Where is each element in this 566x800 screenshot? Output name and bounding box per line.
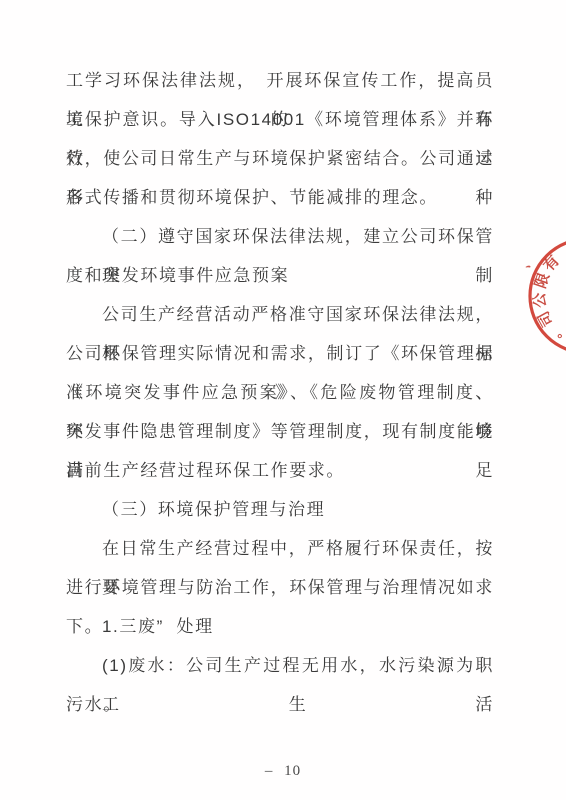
text-line: 在日常生产经营过程中，严格履行环保责任，按要求 bbox=[66, 529, 494, 568]
svg-text:公: 公 bbox=[531, 291, 549, 308]
svg-text:。: 。 bbox=[544, 326, 564, 346]
text-line: 工学习环保法律法规， 开展环保宣传工作，提高员工的环 bbox=[66, 61, 494, 100]
text-line: （三）环境保护管理与治理 bbox=[66, 490, 494, 529]
svg-text:限: 限 bbox=[531, 271, 553, 291]
text-line: 公司环保管理实际情况和需求，制订了《环保管理标准》、 bbox=[66, 334, 494, 373]
text-line: （二）遵守国家环保法律法规，建立公司环保管理制 bbox=[66, 217, 494, 256]
text-line: 突发事件隐患管理制度》等管理制度，现有制度能够满足 bbox=[66, 412, 494, 451]
text-line: 公司生产经营活动严格准守国家环保法律法规，根据 bbox=[66, 295, 494, 334]
text-line: 进行环境管理与防治工作，环保管理与治理情况如下。 bbox=[66, 568, 494, 607]
company-seal-stamp: 有限公司。、 bbox=[504, 233, 566, 365]
text-line: 境保护意识。导入ISO14001《环境管理体系》并有效运 bbox=[66, 100, 494, 139]
body-text: 工学习环保法律法规， 开展环保宣传工作，提高员工的环境保护意识。导入ISO140… bbox=[66, 61, 494, 724]
svg-text:司: 司 bbox=[534, 308, 557, 330]
text-line: (1)废水：公司生产过程无用水，水污染源为职工生活 bbox=[66, 646, 494, 685]
text-line: 1.三废” 处理 bbox=[66, 607, 494, 646]
svg-text:有: 有 bbox=[540, 252, 563, 275]
text-line: 形式传播和贯彻环境保护、节能减排的理念。 bbox=[66, 178, 494, 217]
page-number: – 10 bbox=[0, 763, 566, 780]
text-line: 《环境突发事件应急预案》、《危险废物管理制度、环境 bbox=[66, 373, 494, 412]
document-page: 工学习环保法律法规， 开展环保宣传工作，提高员工的环境保护意识。导入ISO140… bbox=[0, 0, 566, 800]
seal-arc-icon: 有限公司。、 bbox=[504, 233, 566, 365]
text-line: 行，使公司日常生产与环境保护紧密结合。公司通过各种 bbox=[66, 139, 494, 178]
svg-text:、: 、 bbox=[518, 251, 538, 271]
